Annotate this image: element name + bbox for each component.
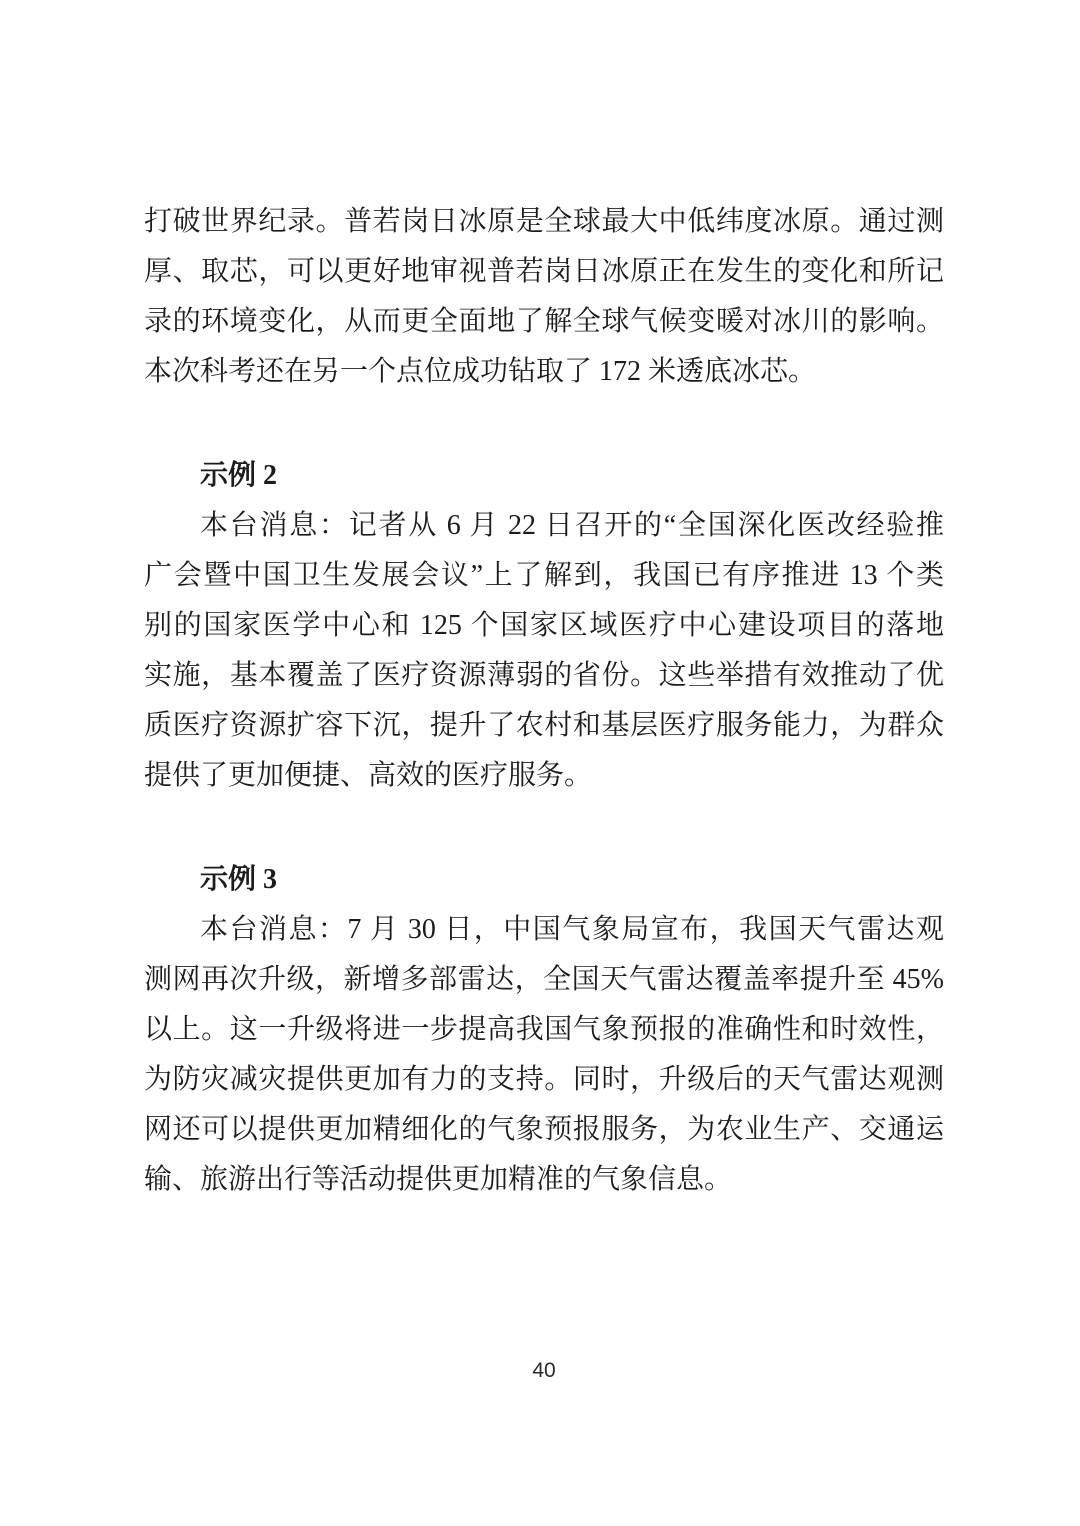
text-line: 广会暨中国卫生发展会议”上了解到，我国已有序推进 13 个类 <box>144 551 944 601</box>
text-line: 测网再次升级，新增多部雷达，全国天气雷达覆盖率提升至 45% <box>144 955 944 1005</box>
text-line: 实施，基本覆盖了医疗资源薄弱的省份。这些举措有效推动了优 <box>144 651 944 701</box>
heading-example-2: 示例 2 <box>144 451 944 501</box>
document-page: 打破世界纪录。普若岗日冰原是全球最大中低纬度冰原。通过测 厚、取芯，可以更好地审… <box>0 0 1080 1526</box>
text-line: 质医疗资源扩容下沉，提升了农村和基层医疗服务能力，为群众 <box>144 701 944 751</box>
paragraph-glacier: 打破世界纪录。普若岗日冰原是全球最大中低纬度冰原。通过测 厚、取芯，可以更好地审… <box>144 197 944 397</box>
paragraph-weather-radar: 本台消息：7 月 30 日，中国气象局宣布，我国天气雷达观 测网再次升级，新增多… <box>144 905 944 1205</box>
text-line: 录的环境变化，从而更全面地了解全球气候变暖对冰川的影响。 <box>144 297 944 347</box>
text-line: 本台消息：记者从 6 月 22 日召开的“全国深化医改经验推 <box>144 501 944 551</box>
page-number: 40 <box>144 1358 944 1384</box>
text-line: 本次科考还在另一个点位成功钻取了 172 米透底冰芯。 <box>144 347 944 397</box>
text-line: 打破世界纪录。普若岗日冰原是全球最大中低纬度冰原。通过测 <box>144 197 944 247</box>
heading-example-3: 示例 3 <box>144 855 944 905</box>
text-line: 别的国家医学中心和 125 个国家区域医疗中心建设项目的落地 <box>144 601 944 651</box>
text-line: 提供了更加便捷、高效的医疗服务。 <box>144 751 944 801</box>
text-line: 输、旅游出行等活动提供更加精准的气象信息。 <box>144 1155 944 1205</box>
text-line: 网还可以提供更加精细化的气象预报服务，为农业生产、交通运 <box>144 1105 944 1155</box>
paragraph-medical-reform: 本台消息：记者从 6 月 22 日召开的“全国深化医改经验推 广会暨中国卫生发展… <box>144 501 944 801</box>
text-line: 以上。这一升级将进一步提高我国气象预报的准确性和时效性， <box>144 1005 944 1055</box>
text-line: 厚、取芯，可以更好地审视普若岗日冰原正在发生的变化和所记 <box>144 247 944 297</box>
document-body: 打破世界纪录。普若岗日冰原是全球最大中低纬度冰原。通过测 厚、取芯，可以更好地审… <box>144 197 944 1205</box>
text-line: 本台消息：7 月 30 日，中国气象局宣布，我国天气雷达观 <box>144 905 944 955</box>
text-line: 为防灾减灾提供更加有力的支持。同时，升级后的天气雷达观测 <box>144 1055 944 1105</box>
